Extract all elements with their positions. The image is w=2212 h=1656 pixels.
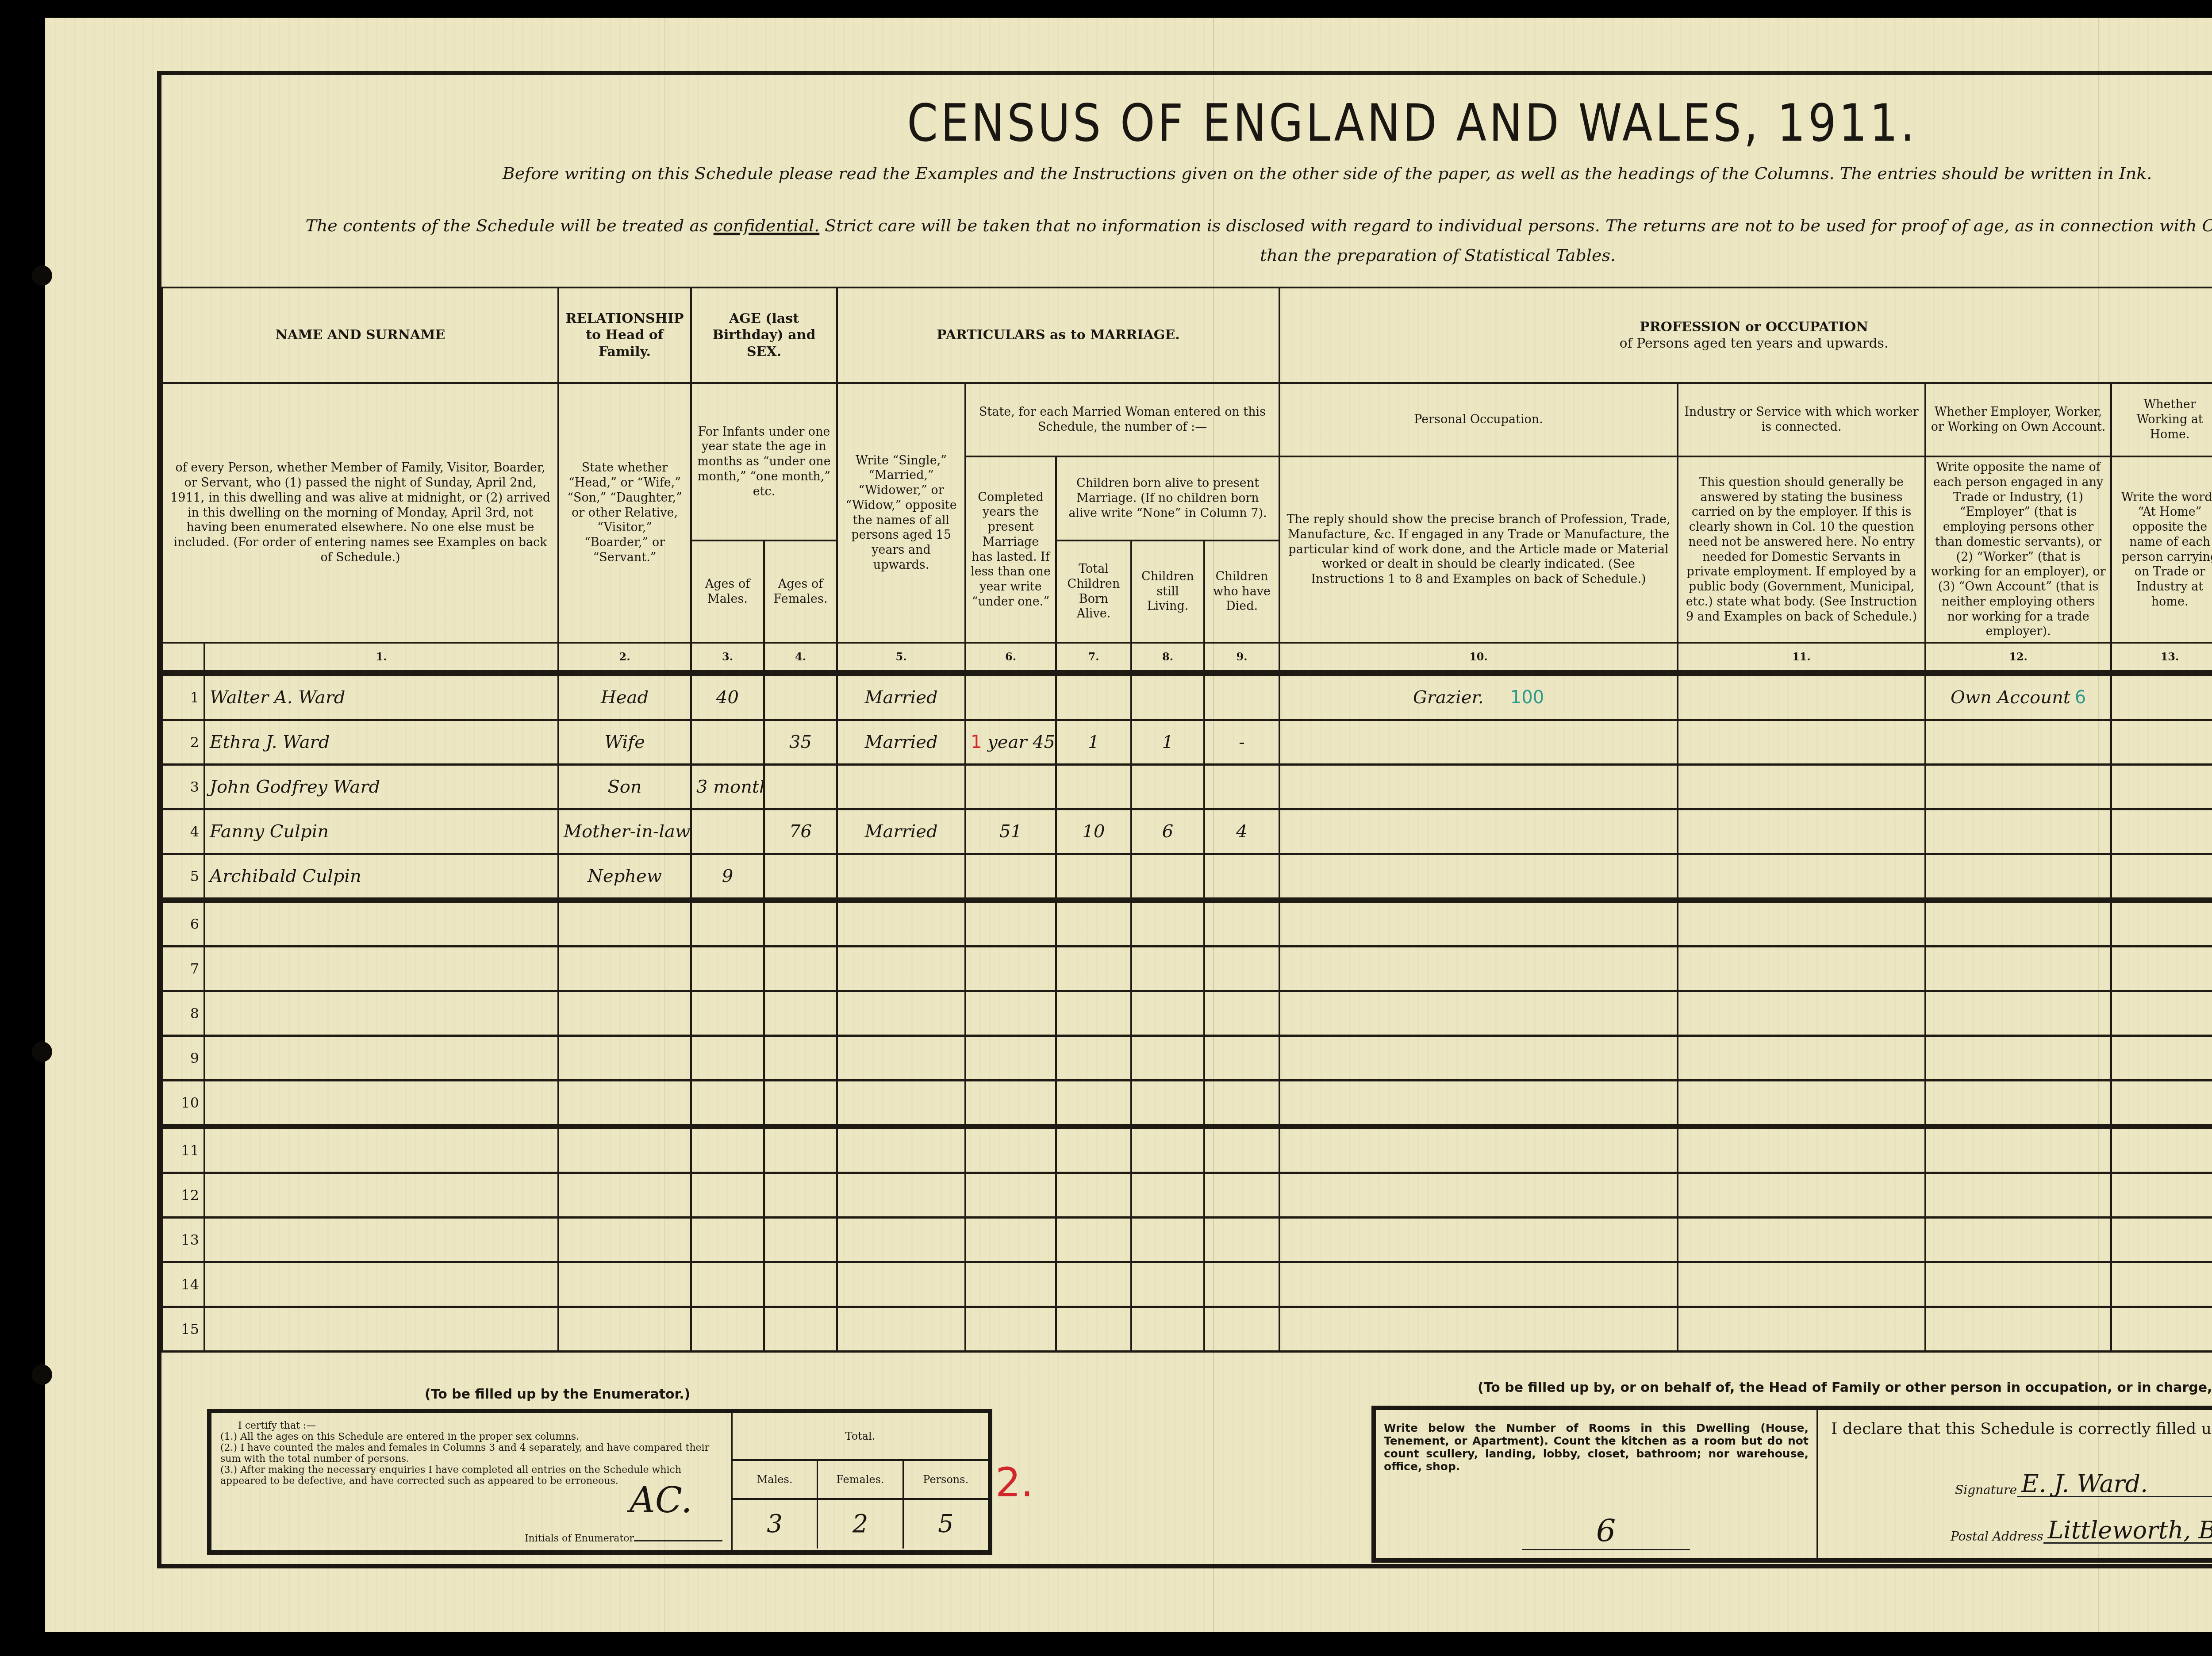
at-home-cell[interactable] (2111, 1218, 2212, 1262)
head-of-family-box: Write below the Number of Rooms in this … (1371, 1406, 2212, 1563)
children-living-cell[interactable] (1131, 1081, 1204, 1127)
row-number: 4 (162, 809, 204, 854)
name-cell[interactable] (204, 991, 558, 1036)
row-number: 15 (162, 1307, 204, 1352)
at-home-cell[interactable] (2111, 1307, 2212, 1352)
children-total-cell[interactable] (1056, 765, 1131, 809)
declaration-text: I declare that this Schedule is correctl… (1831, 1420, 2212, 1438)
age-male-cell[interactable] (691, 991, 764, 1036)
years-married-cell[interactable]: 1 year 45. (965, 720, 1056, 765)
employer-cell[interactable] (1925, 1262, 2111, 1307)
employment-code: 6 (2075, 687, 2086, 708)
employer-cell[interactable]: Own Account6 (1925, 673, 2111, 720)
children-living-cell[interactable] (1131, 991, 1204, 1036)
years-married-cell[interactable] (965, 765, 1056, 809)
row-number: 6 (162, 900, 204, 947)
age-female-cell[interactable] (764, 1173, 837, 1218)
children-living-cell[interactable] (1131, 765, 1204, 809)
at-home-cell[interactable] (2111, 947, 2212, 991)
children-died-cell[interactable] (1204, 765, 1279, 809)
years-married-cell-value: 51 (999, 821, 1022, 842)
red-annotation: 2. (995, 1460, 1033, 1506)
occupation-cell[interactable] (1279, 854, 1678, 901)
relationship-cell[interactable] (558, 947, 691, 991)
age-female-cell[interactable] (764, 1262, 837, 1307)
children-died-cell[interactable]: - (1204, 720, 1279, 765)
children-died-cell[interactable] (1204, 1127, 1279, 1173)
children-total-cell[interactable] (1056, 1173, 1131, 1218)
employer-cell[interactable] (1925, 720, 2111, 765)
children-living-cell[interactable]: 6 (1131, 809, 1204, 854)
years-married-cell[interactable] (965, 991, 1056, 1036)
years-married-cell[interactable] (965, 1173, 1056, 1218)
age-male-cell[interactable]: 40 (691, 673, 764, 720)
children-total-cell[interactable] (1056, 1127, 1131, 1173)
col-num: 8. (1131, 643, 1204, 673)
children-total-cell[interactable] (1056, 1307, 1131, 1352)
children-died-cell-value: 4 (1236, 821, 1247, 842)
at-home-cell[interactable] (2111, 673, 2212, 720)
age-male-cell[interactable] (691, 809, 764, 854)
age-male-cell-value: 3 months (696, 777, 764, 797)
children-total-cell[interactable]: 1 (1056, 720, 1131, 765)
condition-cell[interactable] (837, 1262, 965, 1307)
children-died-cell[interactable] (1204, 1173, 1279, 1218)
occupation-cell[interactable] (1279, 1036, 1678, 1081)
age-female-cell[interactable] (764, 1307, 837, 1352)
row-number: 12 (162, 1173, 204, 1218)
children-died-cell[interactable] (1204, 991, 1279, 1036)
condition-cell[interactable] (837, 900, 965, 947)
age-female-cell[interactable] (764, 765, 837, 809)
relationship-cell[interactable]: Head (558, 673, 691, 720)
relationship-cell[interactable] (558, 900, 691, 947)
employer-cell[interactable] (1925, 1127, 2111, 1173)
condition-cell[interactable] (837, 854, 965, 901)
age-female-cell[interactable]: 76 (764, 809, 837, 854)
table-row: 9 (162, 1036, 2212, 1081)
age-female-cell-value: 76 (789, 821, 812, 842)
confidential-text-b: Strict care will be taken that no inform… (819, 216, 2212, 235)
name-cell[interactable]: Ethra J. Ward (204, 720, 558, 765)
children-total-cell[interactable] (1056, 1262, 1131, 1307)
children-instructions: Children born alive to present Marriage.… (1056, 456, 1279, 540)
col-num: 12. (1925, 643, 2111, 673)
children-living-cell[interactable] (1131, 673, 1204, 720)
name-cell[interactable] (204, 1218, 558, 1262)
age-male-cell-value: 9 (722, 866, 733, 886)
children-died-cell[interactable] (1204, 1036, 1279, 1081)
children-total-cell[interactable] (1056, 900, 1131, 947)
age-female-cell[interactable] (764, 900, 837, 947)
occupation-cell[interactable] (1279, 1081, 1678, 1127)
table-row: 7 (162, 947, 2212, 991)
at-home-cell[interactable] (2111, 1036, 2212, 1081)
signature-field[interactable]: E. J. Ward. (2017, 1472, 2212, 1497)
children-died-cell[interactable] (1204, 900, 1279, 947)
females-heading: Ages of Females. (764, 540, 837, 643)
occupation-cell[interactable]: Grazier.100 (1279, 673, 1678, 720)
row-number: 5 (162, 854, 204, 901)
home-heading: Whether Working at Home. (2111, 383, 2212, 456)
persons-total[interactable]: 5 (904, 1500, 988, 1549)
age-female-cell[interactable] (764, 1081, 837, 1127)
col-num: 9. (1204, 643, 1279, 673)
at-home-cell[interactable] (2111, 991, 2212, 1036)
name-cell[interactable]: Archibald Culpin (204, 854, 558, 901)
children-died-cell[interactable] (1204, 854, 1279, 901)
age-female-cell[interactable] (764, 1127, 837, 1173)
col-num: 7. (1056, 643, 1131, 673)
table-row: 12 (162, 1173, 2212, 1218)
col-num: 3. (691, 643, 764, 673)
condition-cell[interactable]: Married (837, 809, 965, 854)
relationship-cell[interactable] (558, 1173, 691, 1218)
certify-item: (1.) All the ages on this Schedule are e… (220, 1431, 722, 1442)
married-woman-instructions: State, for each Married Woman entered on… (965, 383, 1279, 456)
children-living-cell[interactable] (1131, 1218, 1204, 1262)
age-male-cell[interactable]: 3 months (691, 765, 764, 809)
employer-heading: Whether Employer, Worker, or Working on … (1925, 383, 2111, 456)
enumerator-certificate: I certify that :— (1.) All the ages on t… (207, 1409, 992, 1555)
rooms-section: Write below the Number of Rooms in this … (1376, 1410, 1818, 1558)
occupation-cell[interactable] (1279, 1307, 1678, 1352)
condition-cell[interactable]: Married (837, 720, 965, 765)
years-married-cell[interactable] (965, 1127, 1056, 1173)
rooms-instruction: Write below the Number of Rooms in this … (1384, 1422, 1809, 1473)
confidential-text-a: The contents of the Schedule will be tre… (306, 216, 714, 235)
name-cell[interactable]: Fanny Culpin (204, 809, 558, 854)
occupation-cell[interactable] (1279, 720, 1678, 765)
age-female-cell[interactable] (764, 947, 837, 991)
total-children-heading: Total Children Born Alive. (1056, 540, 1131, 643)
at-home-cell[interactable] (2111, 1081, 2212, 1127)
name-cell[interactable]: Walter A. Ward (204, 673, 558, 720)
condition-cell[interactable] (837, 1218, 965, 1262)
children-total-cell[interactable] (1056, 673, 1131, 720)
occupation-subheading: of Persons aged ten years and upwards. (1285, 335, 2212, 352)
industry-cell[interactable] (1678, 947, 1925, 991)
row-number: 11 (162, 1127, 204, 1173)
females-total[interactable]: 2 (818, 1500, 903, 1549)
postal-address-field[interactable]: Littleworth, Belton, Uppingham. (2043, 1518, 2212, 1544)
children-living-cell[interactable] (1131, 854, 1204, 901)
industry-cell[interactable] (1678, 1307, 1925, 1352)
household-table: NAME AND SURNAME RELATIONSHIP to Head of… (161, 287, 2212, 1353)
children-living-cell-value: 1 (1162, 732, 1173, 752)
age-male-cell[interactable] (691, 1262, 764, 1307)
confidential-line-end: than the preparation of Statistical Tabl… (177, 245, 2212, 265)
row-number: 13 (162, 1218, 204, 1262)
years-married-cell[interactable] (965, 854, 1056, 901)
row-number: 10 (162, 1081, 204, 1127)
years-married-cell[interactable] (965, 1081, 1056, 1127)
punch-hole (32, 1365, 52, 1385)
employer-cell[interactable] (1925, 900, 2111, 947)
children-living-cell-value: 6 (1162, 821, 1173, 842)
name-cell[interactable] (204, 1173, 558, 1218)
name-cell[interactable] (204, 947, 558, 991)
relationship-cell[interactable] (558, 1036, 691, 1081)
col-num: 11. (1678, 643, 1925, 673)
table-row: 5Archibald CulpinNephew9Staffordshire, W… (162, 854, 2212, 901)
years-married-cell[interactable] (965, 947, 1056, 991)
certify-item: (2.) I have counted the males and female… (220, 1442, 722, 1464)
children-died-cell[interactable] (1204, 1307, 1279, 1352)
occupation-cell[interactable] (1279, 1262, 1678, 1307)
condition-instructions: Write “Single,” “Married,” “Widower,” or… (837, 383, 965, 643)
relationship-cell[interactable] (558, 1262, 691, 1307)
occupation-heading: PROFESSION or OCCUPATION (1285, 319, 2212, 336)
name-cell-value: Archibald Culpin (210, 866, 361, 886)
industry-cell[interactable] (1678, 991, 1925, 1036)
relationship-cell[interactable] (558, 1218, 691, 1262)
industry-cell[interactable] (1678, 1173, 1925, 1218)
condition-cell-value: Married (864, 732, 937, 752)
children-total-cell[interactable] (1056, 854, 1131, 901)
confidential-line: The contents of the Schedule will be tre… (177, 216, 2212, 235)
industry-cell[interactable] (1678, 854, 1925, 901)
children-died-cell[interactable] (1204, 1262, 1279, 1307)
children-living-cell[interactable] (1131, 1127, 1204, 1173)
row-number: 8 (162, 991, 204, 1036)
employer-cell[interactable] (1925, 1173, 2111, 1218)
condition-cell-value: Married (864, 821, 937, 842)
relationship-cell[interactable]: Son (558, 765, 691, 809)
relationship-cell[interactable] (558, 1307, 691, 1352)
table-row: 15 (162, 1307, 2212, 1352)
name-cell[interactable] (204, 1081, 558, 1127)
relationship-cell[interactable]: Mother-in-law (558, 809, 691, 854)
name-cell[interactable]: John Godfrey Ward (204, 765, 558, 809)
instruction-line: Before writing on this Schedule please r… (265, 164, 2212, 183)
occupation-cell[interactable] (1279, 809, 1678, 854)
age-male-cell[interactable] (691, 1081, 764, 1127)
age-male-cell[interactable] (691, 720, 764, 765)
row-number: 2 (162, 720, 204, 765)
condition-cell-value: Married (864, 687, 937, 708)
head-of-family-title: (To be filled up by, or on behalf of, th… (1478, 1380, 2212, 1395)
table-row: 1Walter A. WardHead40MarriedGrazier.100O… (162, 673, 2212, 720)
punch-hole (32, 265, 52, 286)
at-home-cell[interactable] (2111, 765, 2212, 809)
industry-cell[interactable] (1678, 1218, 1925, 1262)
years-married-cell[interactable] (965, 1218, 1056, 1262)
years-married-cell[interactable]: 51 (965, 809, 1056, 854)
page-title: CENSUS OF ENGLAND AND WALES, 1911. (0, 93, 2212, 153)
condition-cell[interactable] (837, 765, 965, 809)
children-living-cell[interactable] (1131, 900, 1204, 947)
industry-cell[interactable] (1678, 900, 1925, 947)
condition-cell[interactable] (837, 1081, 965, 1127)
children-living-cell[interactable] (1131, 947, 1204, 991)
col-num: 10. (1279, 643, 1678, 673)
children-living-cell[interactable] (1131, 1307, 1204, 1352)
years-married-cell[interactable] (965, 900, 1056, 947)
condition-cell[interactable] (837, 991, 965, 1036)
children-living-cell[interactable]: 1 (1131, 720, 1204, 765)
age-female-cell[interactable] (764, 1036, 837, 1081)
years-married-instructions: Completed years the present Marriage has… (965, 456, 1056, 643)
at-home-cell[interactable] (2111, 900, 2212, 947)
children-total-cell[interactable]: 10 (1056, 809, 1131, 854)
occupation-cell[interactable] (1279, 1218, 1678, 1262)
children-living-heading: Children still Living. (1131, 540, 1204, 643)
employer-cell[interactable] (1925, 809, 2111, 854)
age-male-cell[interactable] (691, 1307, 764, 1352)
col-num: 1. (204, 643, 558, 673)
occupation-cell[interactable] (1279, 947, 1678, 991)
occupation-cell[interactable] (1279, 900, 1678, 947)
children-died-cell-value: - (1239, 732, 1245, 752)
children-total-cell[interactable] (1056, 947, 1131, 991)
age-female-cell[interactable]: 35 (764, 720, 837, 765)
at-home-cell[interactable] (2111, 809, 2212, 854)
employer-instructions: Write opposite the name of each person e… (1925, 456, 2111, 643)
col-num: 13. (2111, 643, 2212, 673)
employer-cell[interactable] (1925, 1036, 2111, 1081)
children-died-cell[interactable] (1204, 947, 1279, 991)
age-male-cell-value: 40 (716, 687, 739, 708)
age-female-cell[interactable] (764, 854, 837, 901)
industry-cell[interactable] (1678, 765, 1925, 809)
males-total[interactable]: 3 (733, 1500, 818, 1549)
age-male-cell[interactable] (691, 1218, 764, 1262)
relationship-cell-value: Mother-in-law (564, 821, 690, 842)
enumerator-section-title: (To be filled up by the Enumerator.) (425, 1387, 690, 1402)
employer-cell[interactable] (1925, 1307, 2111, 1352)
age-male-cell[interactable] (691, 1173, 764, 1218)
children-living-cell[interactable] (1131, 1173, 1204, 1218)
rooms-count-field[interactable]: 6 (1522, 1513, 1690, 1550)
condition-cell[interactable]: Married (837, 673, 965, 720)
children-died-cell[interactable]: 4 (1204, 809, 1279, 854)
employer-cell[interactable] (1925, 765, 2111, 809)
employer-cell[interactable] (1925, 854, 2111, 901)
children-total-cell[interactable] (1056, 1218, 1131, 1262)
col-num: 2. (558, 643, 691, 673)
occupation-cell-value: Grazier. (1413, 687, 1484, 708)
relationship-cell-value: Head (601, 687, 649, 708)
age-male-cell[interactable] (691, 900, 764, 947)
age-female-cell[interactable] (764, 1218, 837, 1262)
row-number: 14 (162, 1262, 204, 1307)
occupation-cell[interactable] (1279, 1173, 1678, 1218)
col-num: 6. (965, 643, 1056, 673)
years-correction: 1 (971, 732, 982, 752)
table-row: 8 (162, 991, 2212, 1036)
years-married-cell[interactable] (965, 1036, 1056, 1081)
industry-cell[interactable] (1678, 673, 1925, 720)
condition-cell[interactable] (837, 1036, 965, 1081)
employer-cell[interactable] (1925, 1081, 2111, 1127)
occupation-cell[interactable] (1279, 1127, 1678, 1173)
row-number: 7 (162, 947, 204, 991)
table-row: 14 (162, 1262, 2212, 1307)
industry-cell[interactable] (1678, 1081, 1925, 1127)
relationship-cell[interactable] (558, 1127, 691, 1173)
age-male-cell[interactable] (691, 1127, 764, 1173)
header-occupation: PROFESSION or OCCUPATION of Persons aged… (1279, 287, 2212, 383)
occupation-cell[interactable] (1279, 991, 1678, 1036)
name-cell[interactable] (204, 1307, 558, 1352)
at-home-cell[interactable] (2111, 1262, 2212, 1307)
name-cell-value: Fanny Culpin (210, 821, 329, 842)
age-male-cell[interactable]: 9 (691, 854, 764, 901)
name-cell[interactable] (204, 900, 558, 947)
occupation-code: 100 (1510, 687, 1544, 708)
at-home-cell[interactable] (2111, 854, 2212, 901)
children-died-cell[interactable] (1204, 1081, 1279, 1127)
header-relationship: RELATIONSHIP to Head of Family. (558, 287, 691, 383)
table-row: 13 (162, 1218, 2212, 1262)
enumerator-initials-value[interactable]: AC. (630, 1480, 692, 1521)
relationship-cell[interactable]: Nephew (558, 854, 691, 901)
personal-occupation-heading: Personal Occupation. (1279, 383, 1678, 456)
relationship-cell[interactable]: Wife (558, 720, 691, 765)
initials-label: Initials of Enumerator (525, 1533, 634, 1544)
table-row: 6 (162, 900, 2212, 947)
industry-cell[interactable] (1678, 1262, 1925, 1307)
name-cell[interactable] (204, 1127, 558, 1173)
children-died-cell[interactable] (1204, 1218, 1279, 1262)
condition-cell[interactable] (837, 1307, 965, 1352)
name-cell[interactable] (204, 1262, 558, 1307)
children-died-cell[interactable] (1204, 673, 1279, 720)
occupation-cell[interactable] (1279, 765, 1678, 809)
age-female-cell[interactable] (764, 673, 837, 720)
employer-cell[interactable] (1925, 947, 2111, 991)
at-home-cell[interactable] (2111, 720, 2212, 765)
age-instructions: For Infants under one year state the age… (691, 383, 837, 540)
totals-box: Total. Males. Females. Persons. 3 2 5 (733, 1413, 988, 1550)
home-instructions: Write the words “At Home” opposite the n… (2111, 456, 2212, 643)
at-home-cell[interactable] (2111, 1173, 2212, 1218)
employer-cell[interactable] (1925, 991, 2111, 1036)
years-married-cell[interactable] (965, 1262, 1056, 1307)
industry-cell[interactable] (1678, 1127, 1925, 1173)
relationship-cell[interactable] (558, 1081, 691, 1127)
name-cell[interactable] (204, 1036, 558, 1081)
relationship-cell[interactable] (558, 991, 691, 1036)
children-living-cell[interactable] (1131, 1262, 1204, 1307)
name-cell-value: Walter A. Ward (210, 687, 345, 708)
row-number: 3 (162, 765, 204, 809)
children-total-cell[interactable] (1056, 1081, 1131, 1127)
condition-cell[interactable] (837, 1127, 965, 1173)
industry-cell[interactable] (1678, 809, 1925, 854)
condition-cell[interactable] (837, 1173, 965, 1218)
years-married-cell[interactable] (965, 673, 1056, 720)
employer-cell[interactable] (1925, 1218, 2111, 1262)
confidential-word: confidential. (714, 216, 820, 235)
age-female-cell[interactable] (764, 991, 837, 1036)
table-row: 4Fanny CulpinMother-in-law76Married51106… (162, 809, 2212, 854)
children-living-cell[interactable] (1131, 1036, 1204, 1081)
children-total-cell[interactable] (1056, 1036, 1131, 1081)
children-total-cell[interactable] (1056, 991, 1131, 1036)
punch-hole (32, 1042, 52, 1062)
industry-cell[interactable] (1678, 720, 1925, 765)
persons-label: Persons. (904, 1461, 988, 1500)
condition-cell[interactable] (837, 947, 965, 991)
age-male-cell[interactable] (691, 1036, 764, 1081)
years-married-cell[interactable] (965, 1307, 1056, 1352)
age-male-cell[interactable] (691, 947, 764, 991)
at-home-cell[interactable] (2111, 1127, 2212, 1173)
industry-cell[interactable] (1678, 1036, 1925, 1081)
column-numbers: 1. 2. 3. 4. 5. 6. 7. 8. 9. 10. 11. 12. 1… (162, 643, 2212, 673)
